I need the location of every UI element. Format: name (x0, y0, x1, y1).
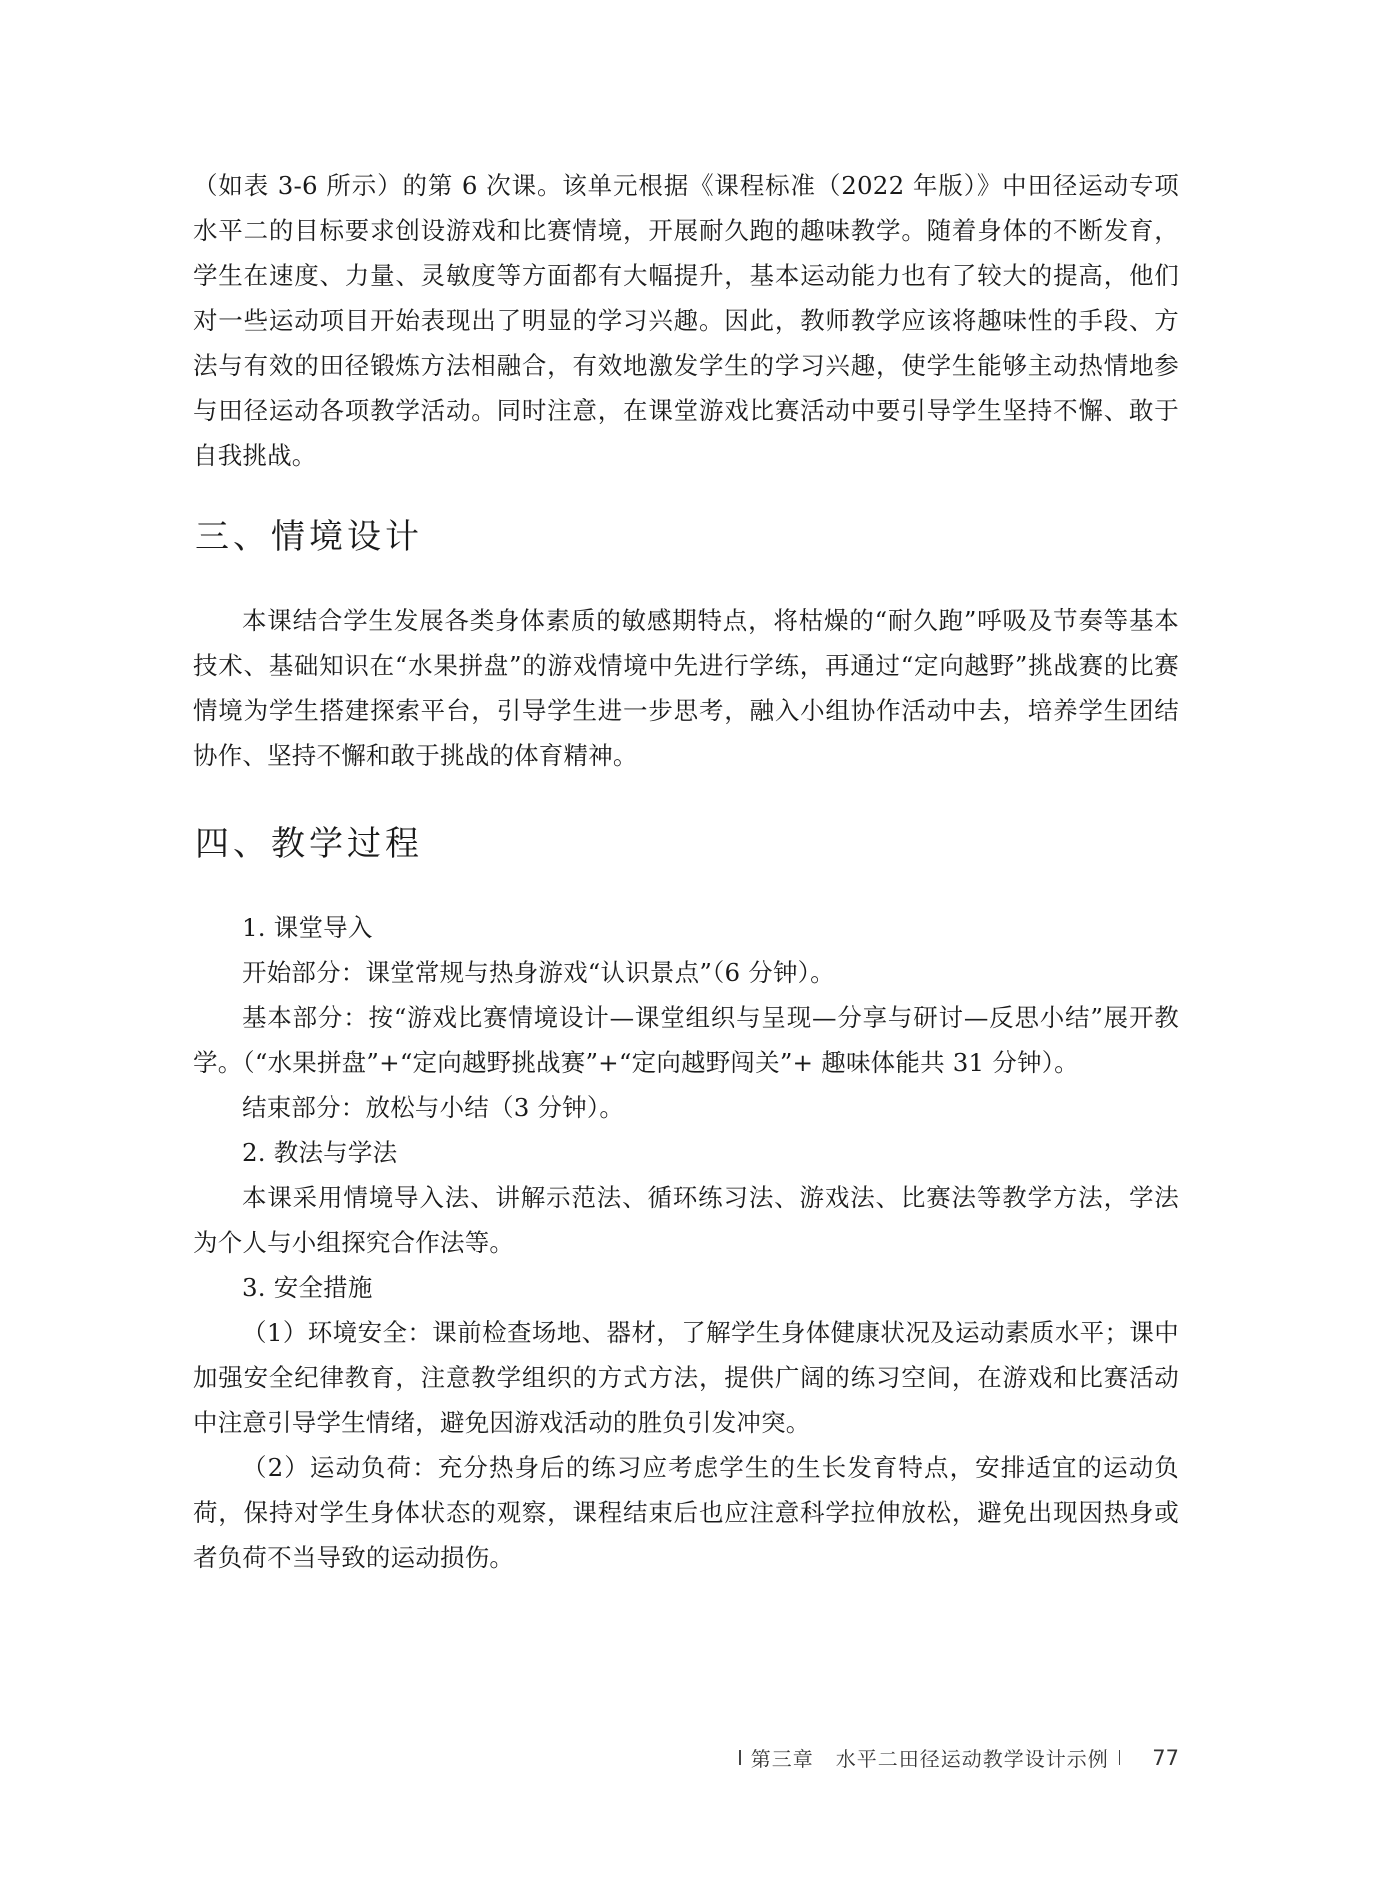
teaching-process-section: 1. 课堂导入 开始部分：课堂常规与热身游戏“认识景点”（6 分钟）。 基本部分… (193, 905, 1179, 1580)
scenario-design-section: 本课结合学生发展各类身体素质的敏感期特点，将枯燥的“耐久跑”呼吸及节奏等基本技术… (193, 598, 1179, 778)
footer-divider-right (1119, 1750, 1121, 1765)
subheading-safety-measures: 3. 安全措施 (193, 1265, 1179, 1310)
section-heading-teaching-process: 四、教学过程 (195, 816, 423, 865)
footer-chapter-title: 水平二田径运动教学设计示例 (836, 1743, 1109, 1772)
paragraph-ending-part: 结束部分：放松与小结（3 分钟）。 (193, 1085, 1179, 1130)
scenario-design-paragraph: 本课结合学生发展各类身体素质的敏感期特点，将枯燥的“耐久跑”呼吸及节奏等基本技术… (193, 598, 1179, 778)
intro-paragraph: （如表 3-6 所示）的第 6 次课。该单元根据《课程标准（2022 年版）》中… (193, 163, 1179, 478)
page-number: 77 (1152, 1746, 1179, 1770)
paragraph-environment-safety: （1）环境安全：课前检查场地、器材，了解学生身体健康状况及运动素质水平；课中加强… (193, 1310, 1179, 1445)
page-footer: 第三章 水平二田径运动教学设计示例 77 (729, 1743, 1179, 1772)
paragraph-teaching-methods: 本课采用情境导入法、讲解示范法、循环练习法、游戏法、比赛法等教学方法，学法为个人… (193, 1175, 1179, 1265)
intro-section: （如表 3-6 所示）的第 6 次课。该单元根据《课程标准（2022 年版）》中… (193, 163, 1179, 478)
footer-divider-left (739, 1750, 741, 1765)
paragraph-exercise-load: （2）运动负荷：充分热身后的练习应考虑学生的生长发育特点，安排适宜的运动负荷，保… (193, 1445, 1179, 1580)
subheading-teaching-methods: 2. 教法与学法 (193, 1130, 1179, 1175)
section-heading-scenario-design: 三、情境设计 (195, 509, 423, 558)
subheading-class-intro: 1. 课堂导入 (193, 905, 1179, 950)
footer-chapter: 第三章 (751, 1743, 814, 1772)
paragraph-opening-part: 开始部分：课堂常规与热身游戏“认识景点”（6 分钟）。 (193, 950, 1179, 995)
paragraph-basic-part: 基本部分：按“游戏比赛情境设计—课堂组织与呈现—分享与研讨—反思小结”展开教学。… (193, 995, 1179, 1085)
